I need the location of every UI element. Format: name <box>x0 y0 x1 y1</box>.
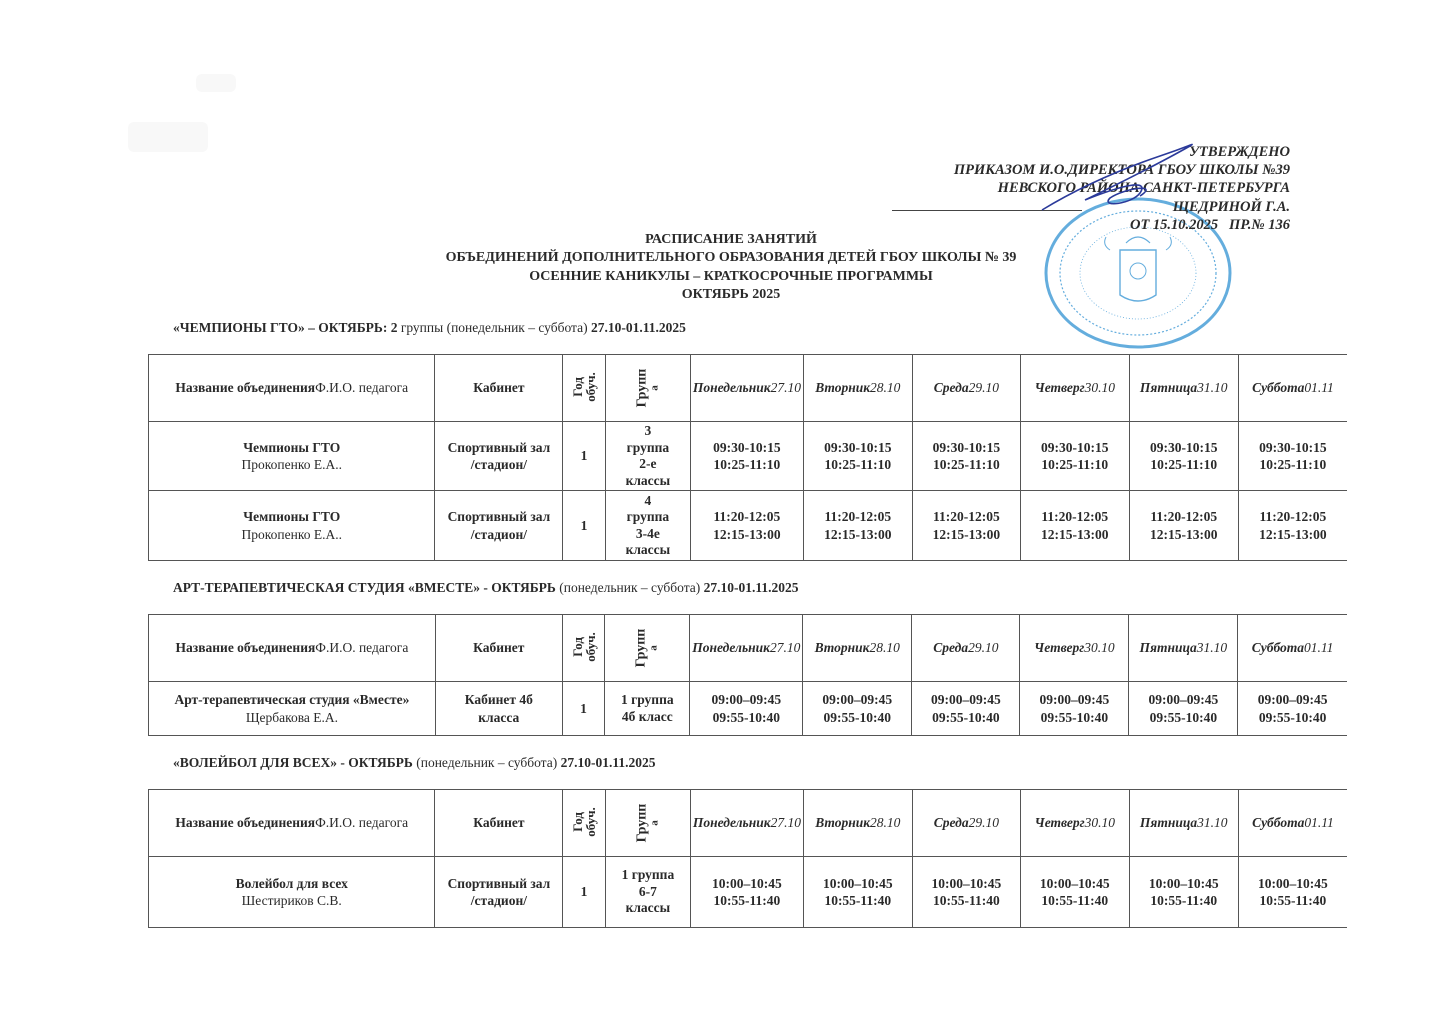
time-cell: 09:30-10:1510:25-11:10 <box>691 422 804 491</box>
time-slot: 12:15-13:00 <box>1021 526 1129 544</box>
group-line: 1 группа <box>606 867 690 884</box>
header-day: Среда29.10 <box>912 355 1020 422</box>
time-slot: 09:00–09:45 <box>803 691 911 709</box>
study-year-cell: 1 <box>563 422 605 491</box>
day-name: Вторник <box>815 640 870 655</box>
header-group-text: Группа <box>635 803 661 842</box>
section-caption: «ВОЛЕЙБОЛ ДЛЯ ВСЕХ» - ОКТЯБРЬ (понедельн… <box>173 755 656 771</box>
table-row: Чемпионы ГТОПрокопенко Е.А..Спортивный з… <box>149 491 1450 561</box>
time-slot: 12:15-13:00 <box>691 526 803 544</box>
association-cell: Чемпионы ГТОПрокопенко Е.А.. <box>149 422 435 491</box>
time-slot: 09:55-10:40 <box>1129 709 1237 727</box>
day-date: 28.10 <box>870 380 900 395</box>
header-day: Суббота01.11 <box>1238 790 1347 857</box>
time-cell: 11:20-12:0512:15-13:00 <box>691 491 804 561</box>
room-cell: Спортивный зал/стадион/ <box>435 857 563 928</box>
time-cell: 09:00–09:4509:55-10:40 <box>1238 682 1347 736</box>
header-day: Вторник28.10 <box>803 790 912 857</box>
study-year-cell: 1 <box>563 857 605 928</box>
day-date: 31.10 <box>1197 380 1227 395</box>
time-slot: 09:00–09:45 <box>1129 691 1237 709</box>
day-name: Вторник <box>815 815 870 830</box>
header-group: Группа <box>605 790 690 857</box>
header-day: Вторник28.10 <box>803 355 912 422</box>
time-cell: 09:00–09:4509:55-10:40 <box>1020 682 1129 736</box>
group-cell: 4группа3-4еклассы <box>605 491 690 561</box>
day-date: 28.10 <box>869 640 899 655</box>
time-cell: 11:20-12:0512:15-13:00 <box>1238 491 1347 561</box>
time-cell: 09:30-10:1510:25-11:10 <box>1129 422 1238 491</box>
header-teacher-line: Ф.И.О. педагога <box>315 815 408 830</box>
day-name: Суббота <box>1252 815 1304 830</box>
header-teacher-line: Ф.И.О. педагога <box>315 640 408 655</box>
day-name: Среда <box>934 815 969 830</box>
header-row: Название объединенияФ.И.О. педагогаКабин… <box>149 790 1450 857</box>
room-line: Кабинет 4б <box>436 691 562 709</box>
day-date: 01.11 <box>1304 640 1333 655</box>
time-slot: 10:00–10:45 <box>1130 875 1238 893</box>
day-date: 29.10 <box>968 640 998 655</box>
day-name: Вторник <box>815 380 870 395</box>
header-day: Понедельник27.10 <box>691 355 804 422</box>
table-row: Волейбол для всехШестириков С.В.Спортивн… <box>149 857 1450 928</box>
time-slot: 10:25-11:10 <box>1021 456 1129 474</box>
header-group: Группа <box>605 615 690 682</box>
header-year: Годобуч. <box>562 615 604 682</box>
header-name-line: Название объединения <box>175 380 315 395</box>
header-day: Суббота01.11 <box>1238 615 1347 682</box>
time-slot: 09:30-10:15 <box>1130 439 1238 457</box>
room-cell: Спортивный зал/стадион/ <box>435 422 563 491</box>
study-year-cell: 1 <box>563 491 605 561</box>
time-slot: 09:30-10:15 <box>1239 439 1347 457</box>
header-name: Название объединенияФ.И.О. педагога <box>149 790 435 857</box>
header-row: Название объединенияФ.И.О. педагогаКабин… <box>149 355 1450 422</box>
group-line: 3 <box>606 423 690 440</box>
time-slot: 09:00–09:45 <box>690 691 802 709</box>
time-slot: 10:25-11:10 <box>913 456 1020 474</box>
room-line: Спортивный зал <box>435 875 562 893</box>
header-day: Пятница31.10 <box>1129 355 1238 422</box>
day-date: 01.11 <box>1304 380 1333 395</box>
section-caption: АРТ-ТЕРАПЕВТИЧЕСКАЯ СТУДИЯ «ВМЕСТЕ» - ОК… <box>173 580 799 596</box>
section-caption: «ЧЕМПИОНЫ ГТО» – ОКТЯБРЬ: 2 группы (поне… <box>173 320 686 336</box>
day-date: 27.10 <box>771 380 801 395</box>
group-cell: 1 группа6-7классы <box>605 857 690 928</box>
group-cell: 3группа2-еклассы <box>605 422 690 491</box>
teacher-name: Щербакова Е.А. <box>149 709 435 727</box>
association-name: Чемпионы ГТО <box>149 439 434 457</box>
association-cell: Чемпионы ГТОПрокопенко Е.А.. <box>149 491 435 561</box>
time-slot: 10:25-11:10 <box>1130 456 1238 474</box>
group-line: 6-7 <box>606 884 690 901</box>
title-line: ОСЕННИЕ КАНИКУЛЫ – КРАТКОСРОЧНЫЕ ПРОГРАМ… <box>0 268 1450 286</box>
day-name: Понедельник <box>692 640 770 655</box>
time-slot: 10:00–10:45 <box>1021 875 1129 893</box>
time-cell: 09:30-10:1510:25-11:10 <box>912 422 1020 491</box>
caption-title: «ЧЕМПИОНЫ ГТО» – ОКТЯБРЬ: 2 <box>173 320 401 335</box>
schedule-table: Название объединенияФ.И.О. педагогаКабин… <box>148 354 1450 561</box>
time-cell: 09:00–09:4509:55-10:40 <box>690 682 803 736</box>
group-line: классы <box>606 473 690 490</box>
group-line: 1 группа <box>605 692 689 709</box>
time-cell: 10:00–10:4510:55-11:40 <box>803 857 912 928</box>
time-slot: 10:55-11:40 <box>913 892 1020 910</box>
caption-dates: 27.10-01.11.2025 <box>561 755 656 770</box>
header-year-text: Годобуч. <box>571 372 597 402</box>
room-line: класса <box>436 709 562 727</box>
header-group-text: Группа <box>634 628 660 667</box>
header-year-text: Годобуч. <box>570 632 596 662</box>
group-line: 4б класс <box>605 709 689 726</box>
association-cell: Арт-терапевтическая студия «Вместе»Щерба… <box>149 682 436 736</box>
day-name: Понедельник <box>693 380 771 395</box>
day-date: 31.10 <box>1197 640 1227 655</box>
header-day: Понедельник27.10 <box>690 615 803 682</box>
teacher-name: Прокопенко Е.А.. <box>149 456 434 474</box>
day-name: Пятница <box>1140 640 1197 655</box>
time-cell: 09:30-10:1510:25-11:10 <box>803 422 912 491</box>
room-cell: Кабинет 4бкласса <box>435 682 562 736</box>
time-slot: 11:20-12:05 <box>1130 508 1238 526</box>
time-slot: 09:00–09:45 <box>1020 691 1128 709</box>
table-row: Арт-терапевтическая студия «Вместе»Щерба… <box>149 682 1450 736</box>
time-slot: 09:55-10:40 <box>1020 709 1128 727</box>
group-line: 2-е <box>606 456 690 473</box>
room-line: Спортивный зал <box>435 439 562 457</box>
day-date: 30.10 <box>1085 815 1115 830</box>
time-slot: 10:00–10:45 <box>804 875 912 893</box>
time-slot: 10:55-11:40 <box>1130 892 1238 910</box>
teacher-name: Шестириков С.В. <box>149 892 434 910</box>
header-room: Кабинет <box>435 790 563 857</box>
time-slot: 09:55-10:40 <box>912 709 1019 727</box>
group-line: классы <box>606 542 690 559</box>
group-line: 4 <box>606 493 690 510</box>
time-slot: 10:25-11:10 <box>804 456 912 474</box>
day-date: 01.11 <box>1304 815 1333 830</box>
room-line: Спортивный зал <box>435 508 562 526</box>
time-slot: 12:15-13:00 <box>804 526 912 544</box>
header-day: Понедельник27.10 <box>691 790 804 857</box>
signature-icon <box>1040 138 1200 218</box>
header-day: Вторник28.10 <box>803 615 912 682</box>
header-day: Среда29.10 <box>912 790 1020 857</box>
time-cell: 11:20-12:0512:15-13:00 <box>803 491 912 561</box>
association-name: Волейбол для всех <box>149 875 434 893</box>
time-cell: 10:00–10:4510:55-11:40 <box>1129 857 1238 928</box>
time-cell: 09:00–09:4509:55-10:40 <box>1129 682 1238 736</box>
title-line: РАСПИСАНИЕ ЗАНЯТИЙ <box>0 231 1450 249</box>
header-year: Годобуч. <box>563 355 605 422</box>
time-slot: 09:30-10:15 <box>804 439 912 457</box>
header-teacher-line: Ф.И.О. педагога <box>315 380 408 395</box>
room-cell: Спортивный зал/стадион/ <box>435 491 563 561</box>
group-line: группа <box>606 440 690 457</box>
day-date: 27.10 <box>770 640 800 655</box>
time-cell: 09:30-10:1510:25-11:10 <box>1238 422 1347 491</box>
group-line: группа <box>606 509 690 526</box>
caption-days: (понедельник – суббота) <box>559 580 703 595</box>
day-name: Суббота <box>1252 640 1304 655</box>
time-slot: 09:30-10:15 <box>691 439 803 457</box>
time-cell: 09:30-10:1510:25-11:10 <box>1020 422 1129 491</box>
time-cell: 10:00–10:4510:55-11:40 <box>1238 857 1347 928</box>
scan-smudge <box>196 74 236 92</box>
header-room: Кабинет <box>435 615 562 682</box>
document-title: РАСПИСАНИЕ ЗАНЯТИЙ ОБЪЕДИНЕНИЙ ДОПОЛНИТЕ… <box>0 231 1450 304</box>
header-year-text: Годобуч. <box>571 807 597 837</box>
time-slot: 09:55-10:40 <box>803 709 911 727</box>
time-slot: 10:25-11:10 <box>691 456 803 474</box>
day-date: 29.10 <box>969 380 999 395</box>
day-name: Суббота <box>1252 380 1304 395</box>
caption-dates: 27.10-01.11.2025 <box>591 320 686 335</box>
group-cell: 1 группа4б класс <box>605 682 690 736</box>
day-name: Понедельник <box>693 815 771 830</box>
scan-smudge <box>128 122 208 152</box>
time-cell: 10:00–10:4510:55-11:40 <box>1020 857 1129 928</box>
time-slot: 11:20-12:05 <box>691 508 803 526</box>
teacher-name: Прокопенко Е.А.. <box>149 526 434 544</box>
time-slot: 09:00–09:45 <box>1238 691 1346 709</box>
time-cell: 11:20-12:0512:15-13:00 <box>912 491 1020 561</box>
caption-title: АРТ-ТЕРАПЕВТИЧЕСКАЯ СТУДИЯ «ВМЕСТЕ» - ОК… <box>173 580 559 595</box>
day-date: 30.10 <box>1085 380 1115 395</box>
header-group: Группа <box>605 355 690 422</box>
time-slot: 09:55-10:40 <box>690 709 802 727</box>
day-name: Пятница <box>1140 815 1197 830</box>
header-day: Суббота01.11 <box>1238 355 1347 422</box>
time-slot: 11:20-12:05 <box>1021 508 1129 526</box>
association-name: Арт-терапевтическая студия «Вместе» <box>149 691 435 709</box>
association-name: Чемпионы ГТО <box>149 508 434 526</box>
header-room: Кабинет <box>435 355 563 422</box>
time-slot: 11:20-12:05 <box>804 508 912 526</box>
title-line: ОКТЯБРЬ 2025 <box>0 286 1450 304</box>
header-day: Четверг30.10 <box>1020 790 1129 857</box>
schedule-table: Название объединенияФ.И.О. педагогаКабин… <box>148 614 1450 736</box>
room-line: /стадион/ <box>435 456 562 474</box>
header-year: Годобуч. <box>563 790 605 857</box>
group-line: 3-4е <box>606 526 690 543</box>
header-group-text: Группа <box>635 368 661 407</box>
header-day: Пятница31.10 <box>1129 615 1238 682</box>
time-slot: 09:30-10:15 <box>1021 439 1129 457</box>
title-line: ОБЪЕДИНЕНИЙ ДОПОЛНИТЕЛЬНОГО ОБРАЗОВАНИЯ … <box>0 249 1450 267</box>
header-day: Четверг30.10 <box>1020 615 1129 682</box>
schedule-table: Название объединенияФ.И.О. педагогаКабин… <box>148 789 1450 928</box>
time-slot: 12:15-13:00 <box>1239 526 1347 544</box>
time-slot: 10:00–10:45 <box>1239 875 1347 893</box>
time-slot: 09:00–09:45 <box>912 691 1019 709</box>
time-slot: 10:00–10:45 <box>913 875 1020 893</box>
time-slot: 10:55-11:40 <box>691 892 803 910</box>
group-line: классы <box>606 900 690 917</box>
room-line: /стадион/ <box>435 892 562 910</box>
caption-days: (понедельник – суббота) <box>416 755 560 770</box>
header-day: Пятница31.10 <box>1129 790 1238 857</box>
time-slot: 11:20-12:05 <box>913 508 1020 526</box>
day-name: Среда <box>933 640 968 655</box>
time-slot: 11:20-12:05 <box>1239 508 1347 526</box>
day-name: Четверг <box>1035 380 1085 395</box>
time-cell: 09:00–09:4509:55-10:40 <box>803 682 912 736</box>
header-name: Название объединенияФ.И.О. педагога <box>149 615 436 682</box>
header-day: Четверг30.10 <box>1020 355 1129 422</box>
time-cell: 11:20-12:0512:15-13:00 <box>1129 491 1238 561</box>
time-slot: 09:55-10:40 <box>1238 709 1346 727</box>
time-cell: 10:00–10:4510:55-11:40 <box>912 857 1020 928</box>
caption-dates: 27.10-01.11.2025 <box>704 580 799 595</box>
association-cell: Волейбол для всехШестириков С.В. <box>149 857 435 928</box>
time-cell: 10:00–10:4510:55-11:40 <box>691 857 804 928</box>
day-name: Пятница <box>1140 380 1197 395</box>
time-cell: 11:20-12:0512:15-13:00 <box>1020 491 1129 561</box>
time-cell: 09:00–09:4509:55-10:40 <box>912 682 1020 736</box>
room-line: /стадион/ <box>435 526 562 544</box>
header-name-line: Название объединения <box>176 640 316 655</box>
header-name-line: Название объединения <box>175 815 315 830</box>
time-slot: 10:55-11:40 <box>1021 892 1129 910</box>
day-date: 30.10 <box>1084 640 1114 655</box>
time-slot: 10:55-11:40 <box>804 892 912 910</box>
time-slot: 09:30-10:15 <box>913 439 1020 457</box>
day-date: 31.10 <box>1197 815 1227 830</box>
day-date: 27.10 <box>771 815 801 830</box>
time-slot: 10:00–10:45 <box>691 875 803 893</box>
time-slot: 10:55-11:40 <box>1239 892 1347 910</box>
header-name: Название объединенияФ.И.О. педагога <box>149 355 435 422</box>
header-row: Название объединенияФ.И.О. педагогаКабин… <box>149 615 1450 682</box>
day-date: 29.10 <box>969 815 999 830</box>
caption-days: группы (понедельник – суббота) <box>401 320 591 335</box>
day-date: 28.10 <box>870 815 900 830</box>
time-slot: 10:25-11:10 <box>1239 456 1347 474</box>
study-year-cell: 1 <box>562 682 604 736</box>
table-row: Чемпионы ГТОПрокопенко Е.А..Спортивный з… <box>149 422 1450 491</box>
time-slot: 12:15-13:00 <box>913 526 1020 544</box>
day-name: Четверг <box>1035 815 1085 830</box>
day-name: Среда <box>934 380 969 395</box>
caption-title: «ВОЛЕЙБОЛ ДЛЯ ВСЕХ» - ОКТЯБРЬ <box>173 755 416 770</box>
header-day: Среда29.10 <box>912 615 1020 682</box>
time-slot: 12:15-13:00 <box>1130 526 1238 544</box>
day-name: Четверг <box>1034 640 1084 655</box>
